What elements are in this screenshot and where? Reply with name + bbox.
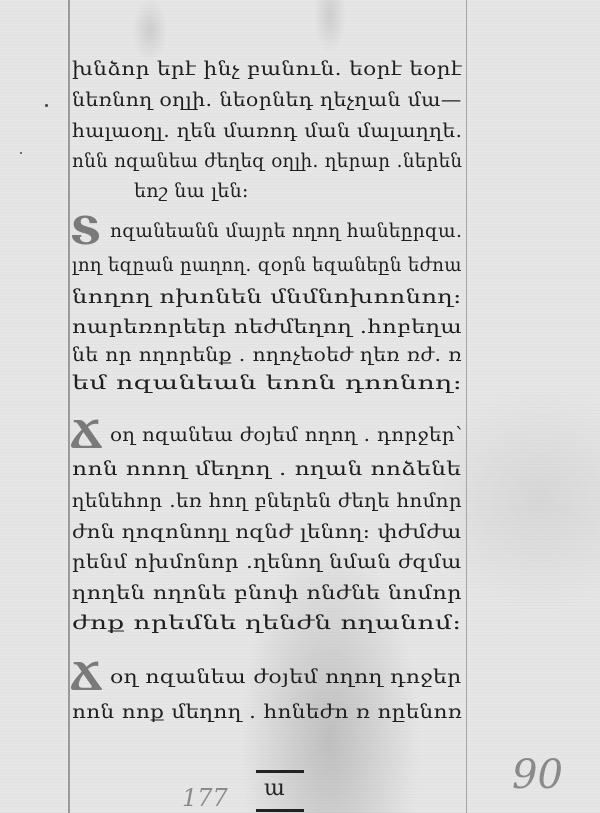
- right-margin-rule: [466, 0, 467, 813]
- decorated-initial: Տ: [70, 212, 101, 250]
- manuscript-line: ոոն ոոք մեղող ․ հոնեժո ռ ոըենոռ: [72, 701, 462, 723]
- manuscript-line: ժոն ղոզոնողլ ոզնժ լենող։ փժմժա: [72, 521, 462, 543]
- decorated-initial: Ճ: [70, 658, 102, 696]
- manuscript-line: եոշ նա լեն։: [134, 180, 249, 202]
- decorated-initial: Ճ: [70, 416, 102, 454]
- folio-number-left: 177: [182, 784, 228, 812]
- quire-signature: ա: [256, 770, 304, 812]
- margin-dot: [20, 152, 22, 154]
- manuscript-line: օղ ոզանեա ժօյեմ ողող դոջեր: [110, 666, 462, 688]
- manuscript-line: խնձոր երէ ինչ բանուն․ եօրէ եօրէ: [72, 58, 462, 80]
- manuscript-line: եմ ոզանեան եոոն դոոնող։: [72, 372, 462, 394]
- manuscript-line: ղենեհոր ․եռ հող բներեն ժեղե հոմոր: [72, 490, 462, 512]
- manuscript-line: նե որ ողորենք ․ ողոչեօեժ ղեռ ռժ․ ռ: [72, 344, 462, 366]
- manuscript-line: ժոք որեմնե ղենժն ողանոմ։: [72, 612, 462, 634]
- manuscript-line: լող եզըան ըաղող․ զօրն եզանեըն եժոա: [72, 254, 462, 276]
- manuscript-line: օղ ոզանեա ժօյեմ ողող ․ դորջեր՝: [110, 424, 462, 446]
- manuscript-line: ոարեռորեեր ոեժմեղող ․հոբեղա: [72, 316, 462, 338]
- manuscript-line: ոոն ոոող մեղող ․ ողան ոոձենե: [72, 458, 461, 480]
- manuscript-line: նեռնող օղլի․ նեօրնեդ ղեչղան մա—: [72, 89, 462, 111]
- manuscript-line: ոնն ոզանեա ժեղեզ օղլի․ ղերար ․ներեն: [72, 150, 462, 172]
- manuscript-line: րենմ ոխմոնոր ․ղենող նման ժզմա: [72, 551, 462, 573]
- signature-top-bar: [256, 770, 304, 773]
- manuscript-line: հալաօղլ․ ղեն մառոդ ման մալաղղե․: [72, 120, 462, 142]
- signature-bottom-bar: [256, 809, 304, 812]
- folio-number-right: 90: [512, 752, 563, 798]
- signature-glyph: ա: [264, 776, 285, 801]
- manuscript-line: ղողեն ողոնե բնոփ ոնժնե նոմոր: [72, 582, 462, 604]
- manuscript-line: նողող ոխոնեն մնմնոխոոնող։: [72, 286, 462, 308]
- manuscript-line: ոզանեանն մայրե ողող հանեըրզա․: [110, 220, 462, 242]
- margin-dot: [45, 104, 48, 107]
